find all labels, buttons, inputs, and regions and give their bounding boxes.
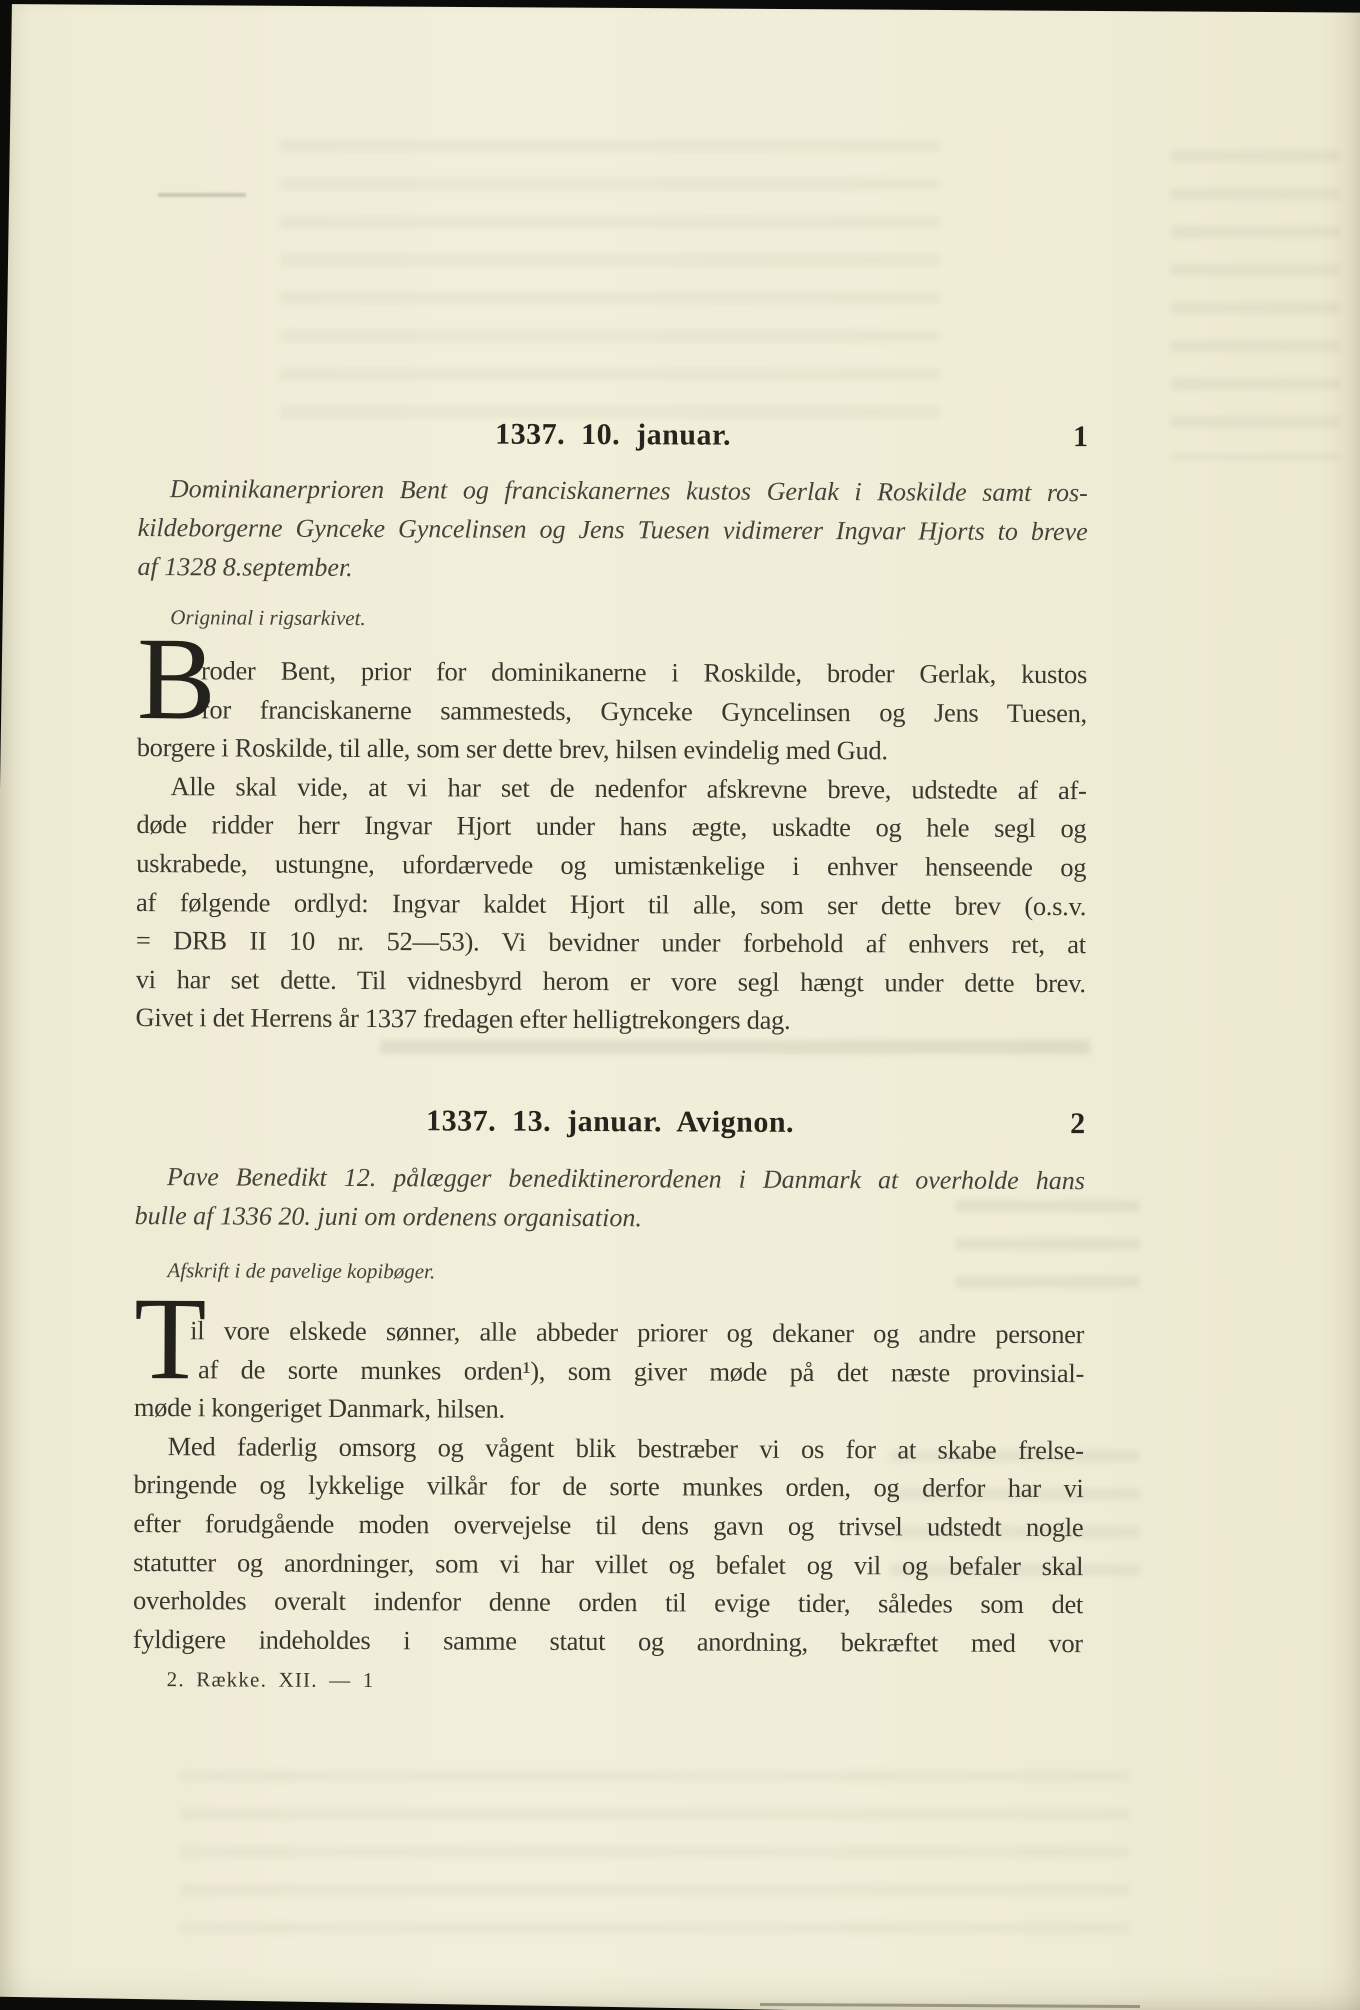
text-line: statutter og anordninger, som vi har vil… — [133, 1543, 1083, 1586]
text-line: kildeborgerne Gynceke Gyncelinsen og Jen… — [138, 508, 1088, 551]
text-line: = DRB II 10 nr. 52—53). Vi bevidner unde… — [136, 921, 1086, 964]
series-signature: 2. Række. XII. — 1 — [133, 1666, 1117, 1696]
entry-1-heading-row: 1337. 10. januar. 1 — [138, 413, 1088, 457]
text-line: af følgende ordlyd: Ingvar kaldet Hjort … — [136, 883, 1086, 926]
text-line: bulle af 1336 20. juni om ordenens organ… — [135, 1196, 1085, 1239]
text-line: roder Bent, prior for dominikanerne i Ro… — [137, 651, 1087, 694]
entry-1-body: B roder Bent, prior for dominikanerne i … — [135, 651, 1087, 1041]
entry-1-source-note: Origninal i rigsarkivet. — [137, 604, 1120, 634]
text-line: il vore elskede sønner, alle abbeder pri… — [134, 1311, 1084, 1354]
text-line: af de sorte munkes orden¹), som giver mø… — [134, 1350, 1084, 1393]
entry-2-heading-row: 1337. 13. januar. Avignon. 2 — [135, 1100, 1085, 1144]
text-line: uskrabede, ustungne, ufordærvede og umis… — [136, 844, 1086, 887]
text-line: døde ridder herr Ingvar Hjort under hans… — [136, 805, 1086, 848]
text-line: Pave Benedikt 12. pålægger benediktinero… — [135, 1157, 1085, 1200]
text-line: af 1328 8.september. — [137, 547, 1087, 590]
entry-1-heading: 1337. 10. januar. — [138, 413, 1088, 457]
text-line: overholdes overalt indenfor denne orden … — [133, 1581, 1083, 1624]
text-line: borgere i Roskilde, til alle, som ser de… — [137, 728, 1087, 771]
scanned-book-page: 1337. 10. januar. 1 Dominikanerprioren B… — [0, 0, 1360, 2010]
text-line: efter forudgående moden overvejelse til … — [133, 1504, 1083, 1547]
page-content: 1337. 10. januar. 1 Dominikanerprioren B… — [0, 0, 1360, 2010]
entry-2-heading: 1337. 13. januar. Avignon. — [135, 1100, 1085, 1144]
entry-1-summary: Dominikanerprioren Bent og franciskanern… — [137, 469, 1088, 590]
text-line: Dominikanerprioren Bent og franciskanern… — [138, 469, 1088, 512]
text-line: fyldigere indeholdes i samme statut og a… — [133, 1620, 1083, 1663]
text-line: vi har set dette. Til vidnesbyrd herom e… — [136, 960, 1086, 1003]
entry-2-number: 2 — [1070, 1104, 1085, 1144]
entry-2-body: T il vore elskede sønner, alle abbeder p… — [133, 1311, 1085, 1662]
entry-1-dropcap: B — [137, 620, 208, 738]
text-line: bringende og lykkelige vilkår for de sor… — [133, 1465, 1083, 1508]
text-line: Alle skal vide, at vi har set de nedenfo… — [136, 767, 1086, 810]
text-line: Givet i det Herrens år 1337 fredagen eft… — [135, 998, 1085, 1041]
entry-1-number: 1 — [1073, 417, 1088, 457]
text-line: Med faderlig omsorg og vågent blik bestr… — [134, 1427, 1084, 1470]
entry-2-summary: Pave Benedikt 12. pålægger benediktinero… — [135, 1157, 1085, 1239]
entry-2-source-note: Afskrift i de pavelige kopibøger. — [134, 1257, 1117, 1287]
text-line: for franciskanerne sammesteds, Gynceke G… — [137, 690, 1087, 733]
text-line: møde i kongeriget Danmark, hilsen. — [134, 1388, 1084, 1431]
entry-2-dropcap: T — [134, 1280, 205, 1398]
